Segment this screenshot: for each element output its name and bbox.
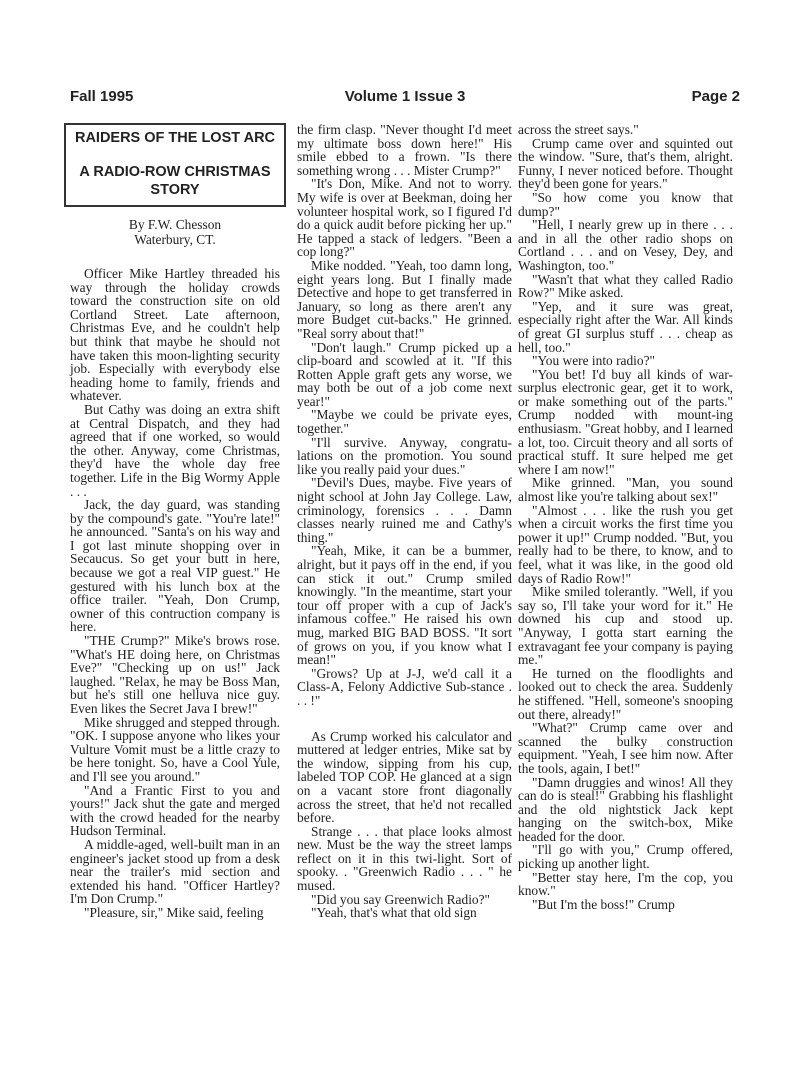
paragraph: "I'll survive. Anyway, congratu-lations … (297, 436, 512, 477)
paragraph: Crump came over and squinted out the win… (518, 137, 733, 191)
column-1: RAIDERS OF THE LOST ARC A RADIO-ROW CHRI… (70, 123, 280, 920)
paragraph: "You bet! I'd buy all kinds of war-surpl… (518, 368, 733, 477)
article-title-box: RAIDERS OF THE LOST ARC A RADIO-ROW CHRI… (64, 123, 286, 207)
paragraph: "But I'm the boss!" Crump (518, 898, 733, 912)
paragraph: "Almost . . . like the rush you get when… (518, 504, 733, 586)
paragraph: "Grows? Up at J-J, we'd call it a Class-… (297, 667, 512, 708)
paragraph-continued: across the street says." (518, 123, 733, 137)
paragraph: "Damn druggies and winos! All they can d… (518, 776, 733, 844)
paragraph: "I'll go with you," Crump offered, picki… (518, 843, 733, 870)
paragraph: "Maybe we could be private eyes, togethe… (297, 408, 512, 435)
paragraph: "Don't laugh." Crump picked up a clip-bo… (297, 341, 512, 409)
paragraph: "You were into radio?" (518, 354, 733, 368)
paragraph: "And a Frantic First to you and yours!" … (70, 784, 280, 838)
byline: By F.W. Chesson Waterbury, CT. (70, 217, 280, 247)
paragraph: Jack, the day guard, was standing by the… (70, 498, 280, 634)
paragraph: "Yep, and it sure was great, especially … (518, 300, 733, 354)
page-number: Page 2 (692, 88, 740, 105)
paragraph: "Better stay here, I'm the cop, you know… (518, 871, 733, 898)
author-location: Waterbury, CT. (70, 232, 280, 247)
paragraph: "Hell, I nearly grew up in there . . . a… (518, 218, 733, 272)
paragraph: Mike grinned. "Man, you sound almost lik… (518, 476, 733, 503)
paragraph: Mike nodded. "Yeah, too damn long, eight… (297, 259, 512, 341)
paragraph: "Pleasure, sir," Mike said, feeling (70, 906, 280, 920)
paragraph-continued: the firm clasp. "Never thought I'd meet … (297, 123, 512, 177)
paragraph: Strange . . . that place looks almost ne… (297, 825, 512, 893)
author: By F.W. Chesson (70, 217, 280, 232)
paragraph: "Devil's Dues, maybe. Five years of nigh… (297, 476, 512, 544)
article-subtitle: A RADIO-ROW CHRISTMAS STORY (68, 163, 282, 199)
paragraph: Officer Mike Hartley threaded his way th… (70, 267, 280, 403)
paragraph: He turned on the floodlights and looked … (518, 667, 733, 721)
issue-volume: Volume 1 Issue 3 (70, 88, 740, 105)
section-break (297, 708, 512, 730)
column-3: across the street says." Crump came over… (518, 123, 733, 911)
paragraph: "Yeah, Mike, it can be a bummer, alright… (297, 544, 512, 666)
paragraph: "So how come you know that dump?" (518, 191, 733, 218)
paragraph: Mike smiled tolerantly. "Well, if you sa… (518, 585, 733, 667)
paragraph: "Wasn't that what they called Radio Row?… (518, 273, 733, 300)
column-2: the firm clasp. "Never thought I'd meet … (297, 123, 512, 920)
paragraph: Mike shrugged and stepped through. "OK. … (70, 716, 280, 784)
paragraph: As Crump worked his calculator and mutte… (297, 730, 512, 825)
page-header: Fall 1995 Volume 1 Issue 3 Page 2 (70, 88, 740, 110)
paragraph: "THE Crump?" Mike's brows rose. "What's … (70, 634, 280, 716)
article-title: RAIDERS OF THE LOST ARC (68, 129, 282, 147)
paragraph: "What?" Crump came over and scanned the … (518, 721, 733, 775)
paragraph: "Yeah, that's what that old sign (297, 906, 512, 920)
paragraph: "It's Don, Mike. And not to worry. My wi… (297, 177, 512, 259)
paragraph: "Did you say Greenwich Radio?" (297, 893, 512, 907)
paragraph: A middle-aged, well-built man in an engi… (70, 838, 280, 906)
paragraph: But Cathy was doing an extra shift at Ce… (70, 403, 280, 498)
